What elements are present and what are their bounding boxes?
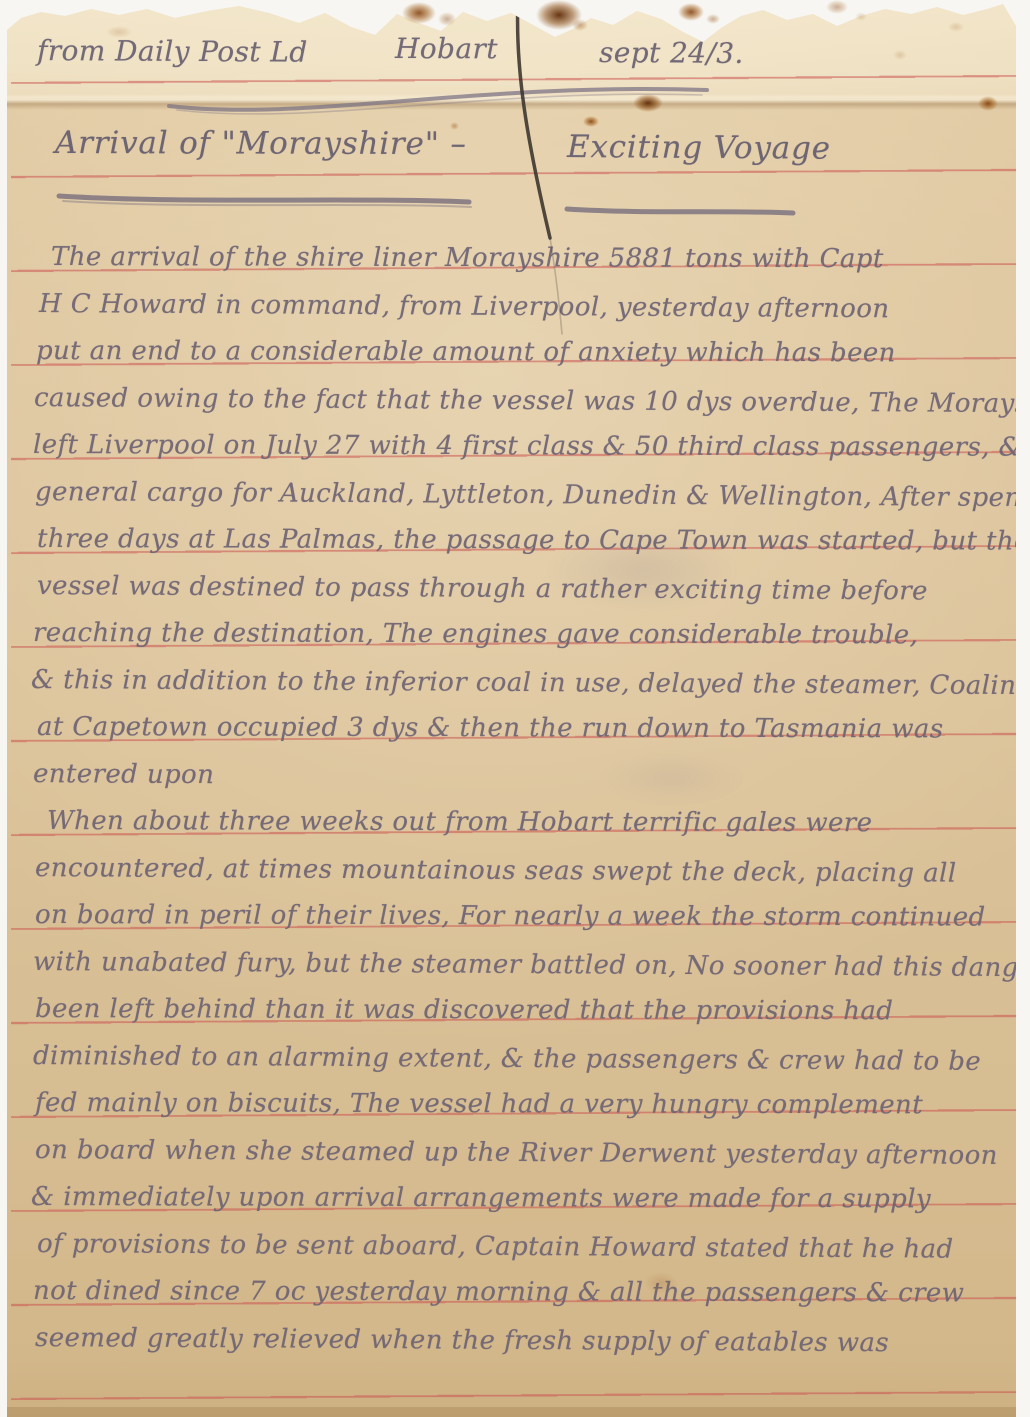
handwritten-line: not dined since 7 oc yesterday morning &… xyxy=(33,1277,964,1308)
handwritten-line: & this in addition to the inferior coal … xyxy=(31,666,1030,701)
handwritten-line: fed mainly on biscuits, The vessel had a… xyxy=(35,1089,923,1120)
handwritten-line: The arrival of the shire liner Morayshir… xyxy=(51,243,884,274)
handwritten-line: & immediately upon arrival arrangements … xyxy=(31,1183,931,1214)
handwritten-line: left Liverpool on July 27 with 4 first c… xyxy=(33,431,1030,462)
pencil-underline-header-echo xyxy=(177,94,702,114)
ink-vertical-stroke-hook xyxy=(505,5,518,14)
source-city: Hobart xyxy=(395,34,498,65)
handwritten-line: diminished to an alarming extent, & the … xyxy=(33,1042,981,1076)
scanned-manuscript: { "page": { "description": "Handwritten … xyxy=(0,0,1030,1417)
bottom-edge-shadow xyxy=(7,1407,1016,1417)
ink-bleed-ghost xyxy=(597,750,747,805)
handwritten-line: general cargo for Auckland, Lyttleton, D… xyxy=(35,478,1030,513)
rust-stain xyxy=(536,0,582,30)
handwritten-line: When about three weeks out from Hobart t… xyxy=(47,807,872,838)
rust-stain xyxy=(706,14,720,24)
manuscript-page: from Daily Post Ld Hobart sept 24/3. Arr… xyxy=(7,0,1016,1417)
fold-crease xyxy=(7,94,1016,110)
handwritten-line: caused owing to the fact that the vessel… xyxy=(34,384,1030,419)
handwritten-line: encountered, at times mountainous seas s… xyxy=(35,854,957,888)
handwritten-line: reaching the destination, The engines ga… xyxy=(33,619,918,650)
pencil-underline-title-2 xyxy=(567,209,793,213)
pencil-underline-header xyxy=(169,89,707,110)
pencil-underline-title-1 xyxy=(59,196,469,202)
handwritten-line: entered upon xyxy=(33,760,214,790)
handwritten-line: been left behind than it was discovered … xyxy=(35,995,893,1026)
handwritten-line: on board when she steamed up the River D… xyxy=(35,1136,998,1170)
source-attribution: from Daily Post Ld xyxy=(37,36,308,68)
rust-stain xyxy=(678,3,704,21)
handwritten-line: three days at Las Palmas, the passage to… xyxy=(37,525,1030,556)
handwritten-line: at Capetown occupied 3 dys & then the ru… xyxy=(37,713,944,744)
handwritten-line: seemed greatly relieved when the fresh s… xyxy=(35,1324,889,1358)
rust-stain xyxy=(826,0,848,14)
source-date: sept 24/3. xyxy=(599,38,744,70)
article-title-right: Exciting Voyage xyxy=(567,130,831,166)
handwritten-line: vessel was destined to pass through a ra… xyxy=(37,572,928,606)
pencil-underline-title-1-echo xyxy=(63,201,471,207)
article-title: Arrival of "Morayshire" – xyxy=(55,126,467,161)
ink-vertical-stroke xyxy=(518,0,550,238)
handwritten-line: put an end to a considerable amount of a… xyxy=(36,337,896,368)
handwritten-line: with unabated fury, but the steamer batt… xyxy=(33,948,1030,983)
handwritten-line: of provisions to be sent aboard, Captain… xyxy=(37,1230,954,1264)
handwritten-line: H C Howard in command, from Liverpool, y… xyxy=(39,290,890,324)
handwritten-line: on board in peril of their lives, For ne… xyxy=(35,901,986,932)
